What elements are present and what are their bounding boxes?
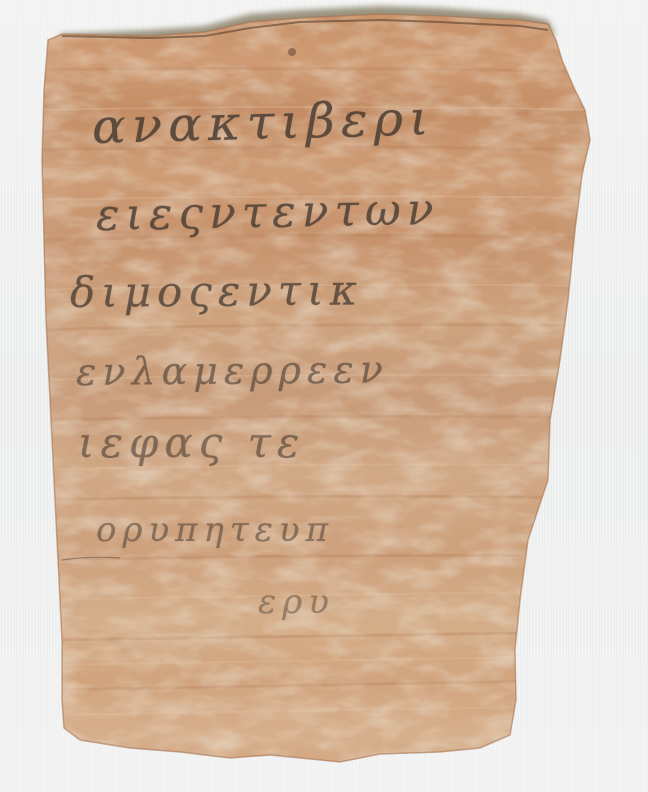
shard-shape	[0, 0, 648, 792]
ostracon-shard: ανακτιβερι ειεςντεντων διμοςεντικ ενλαμε…	[0, 0, 648, 792]
